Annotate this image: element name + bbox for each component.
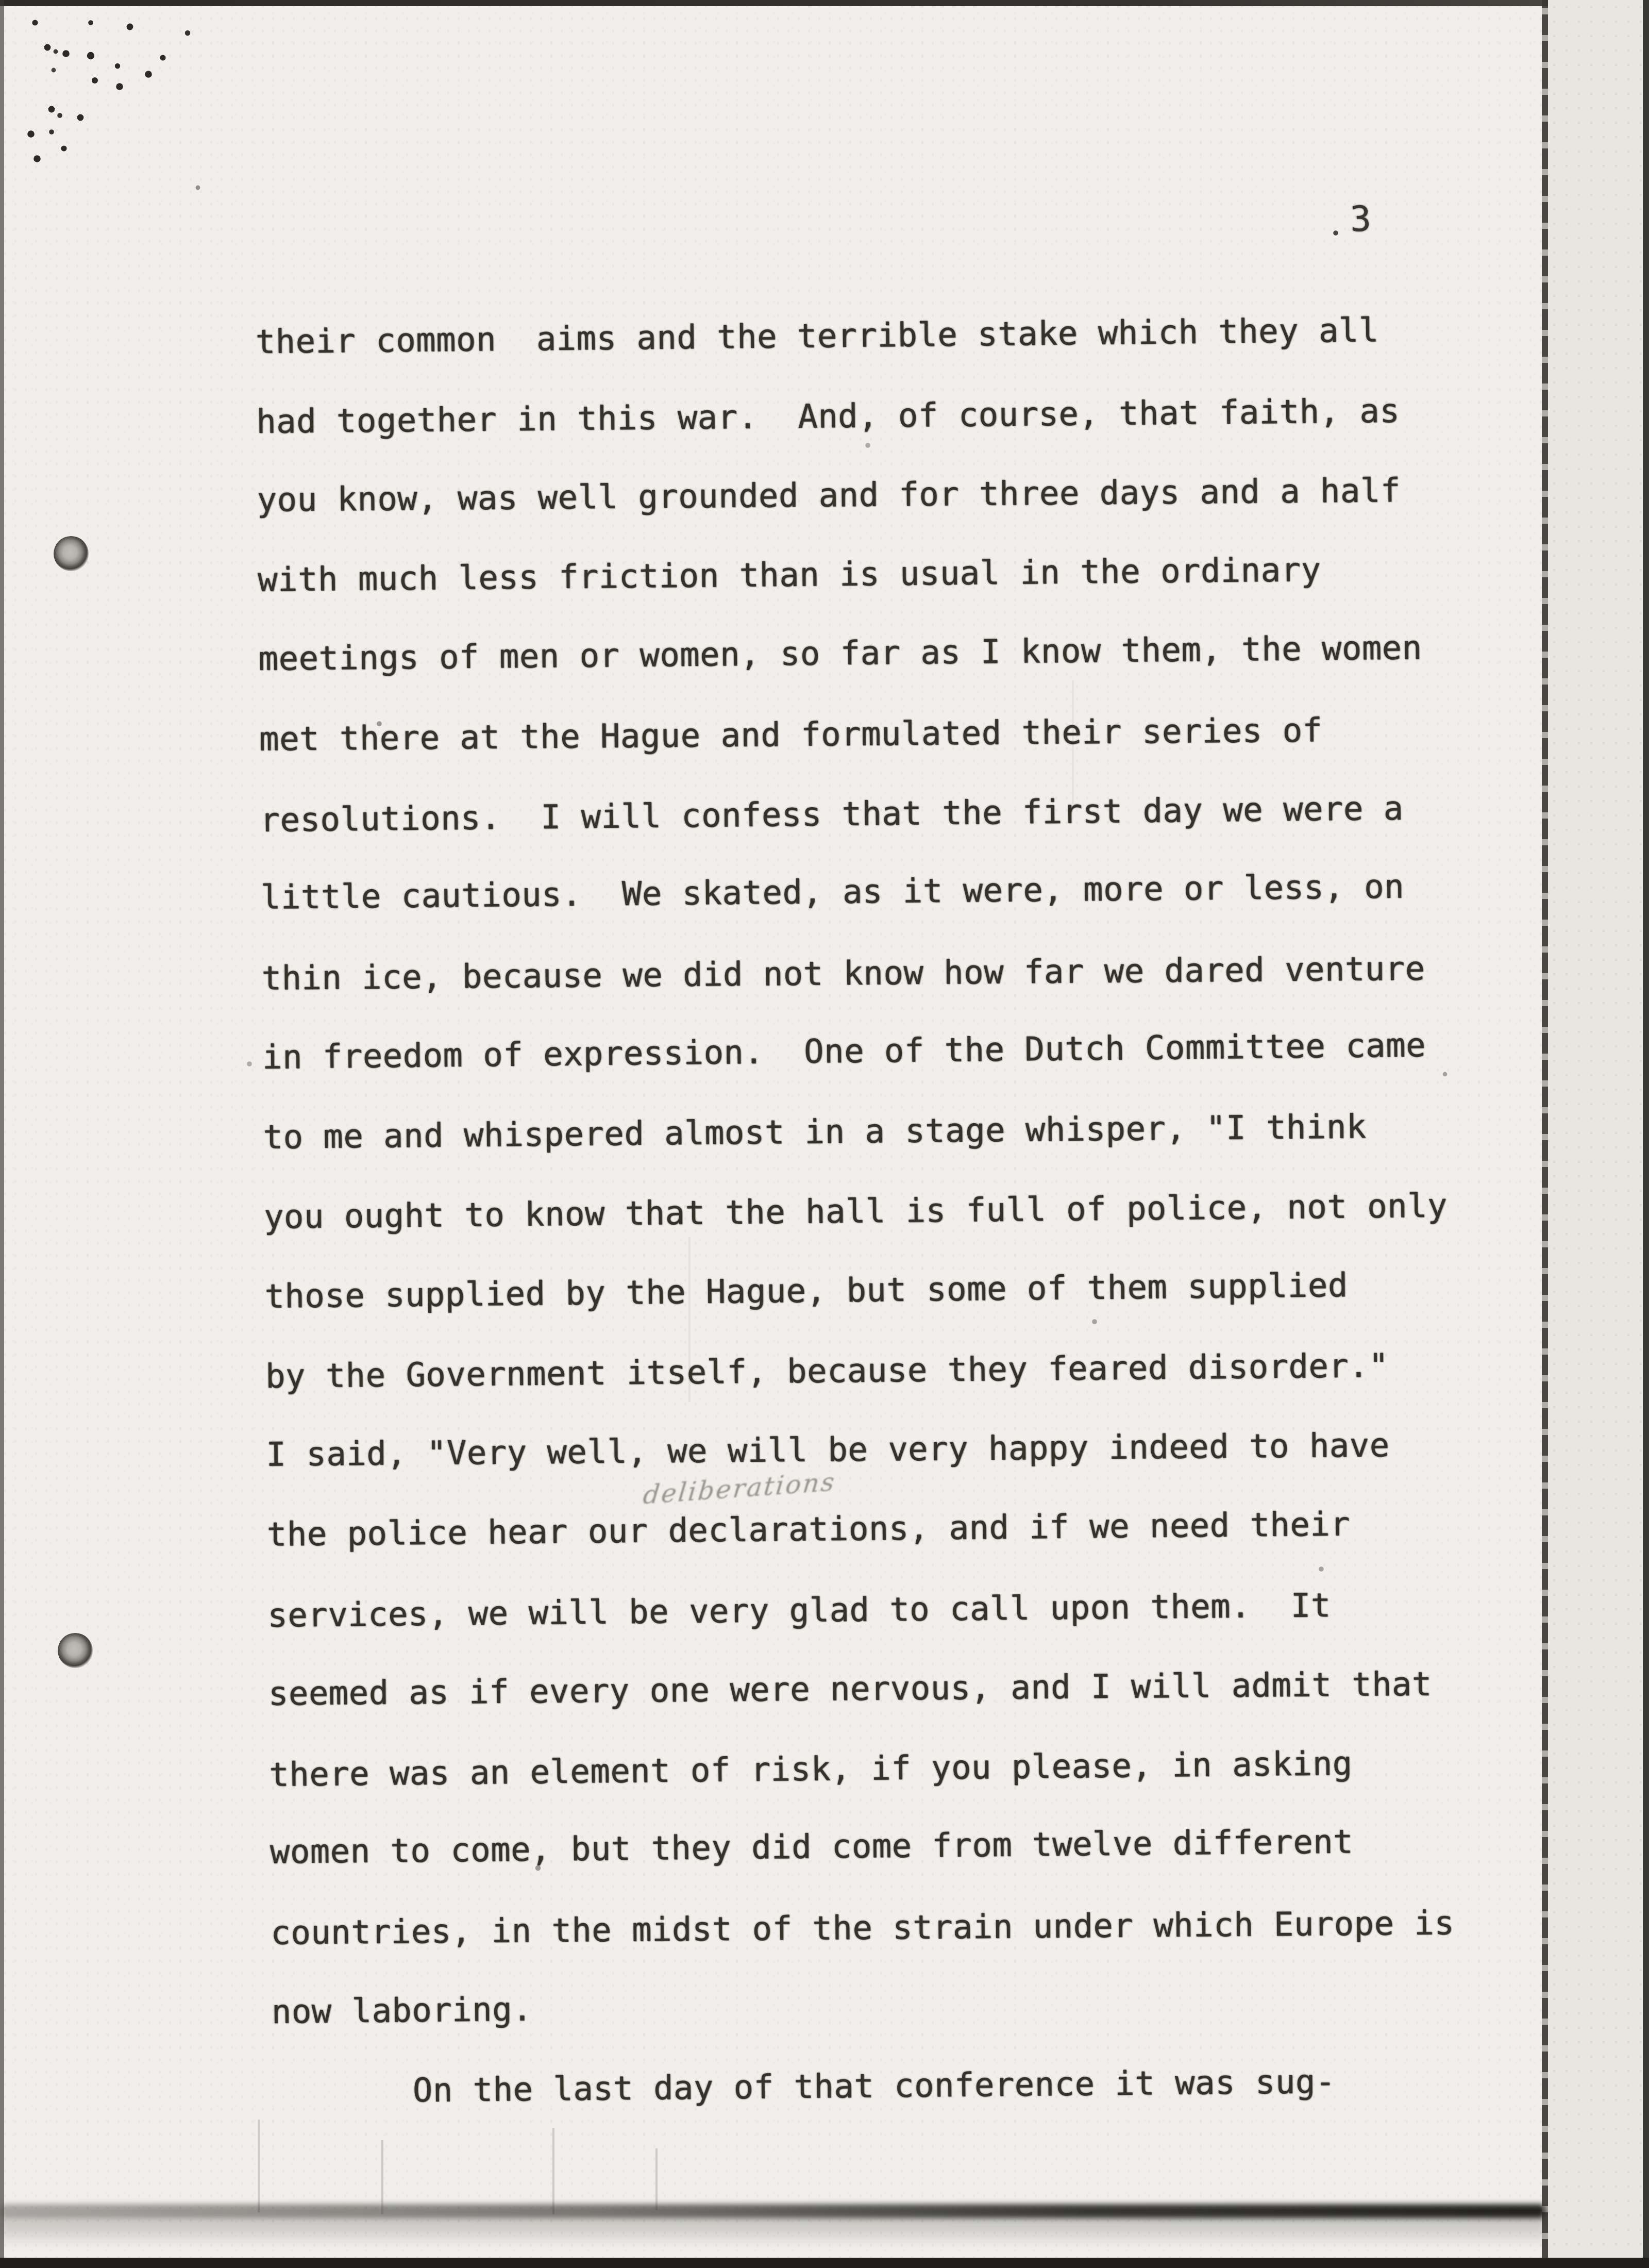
typed-line: I said, "Very well, we will be very happ… (266, 1407, 1472, 1496)
scan-edge-left (0, 0, 4, 2268)
typed-line: by the Government itself, because they f… (265, 1326, 1471, 1417)
typed-line: there was an element of risk, if you ple… (269, 1723, 1475, 1815)
typed-line: seemed as if every one were nervous, and… (268, 1646, 1474, 1736)
typed-line: you know, was well grounded and for thre… (257, 452, 1463, 542)
bottom-smudge-shadow (0, 2219, 1546, 2247)
typed-line: thin ice, because we did not know how fa… (261, 929, 1468, 1019)
typed-line: meetings of men or women, so far as I kn… (258, 610, 1465, 701)
scratch-mark (1072, 680, 1074, 804)
adjacent-page-strip (1548, 0, 1643, 2268)
scan-edge-top (0, 0, 1548, 6)
typed-line: to me and whispered almost in a stage wh… (263, 1087, 1469, 1178)
typed-line: now laboring. (271, 1962, 1477, 2054)
typed-line: in freedom of expression. One of the Dut… (262, 1007, 1468, 1099)
scratch-mark (655, 2148, 658, 2210)
scan-canvas: 3 their common aims and the terrible sta… (0, 0, 1649, 2268)
page-right-torn-edge (1542, 0, 1548, 2268)
typed-line: had together in this war. And, of course… (256, 371, 1462, 462)
typed-line: you ought to know that the hall is full … (263, 1166, 1470, 1257)
page-number: 3 (1350, 199, 1372, 241)
typed-line: those supplied by the Hague, but some of… (264, 1246, 1471, 1338)
typed-line: On the last day of that conference it wa… (272, 2042, 1478, 2133)
typed-line: countries, in the midst of the strain un… (271, 1885, 1477, 1974)
punch-hole-top (54, 536, 89, 571)
scanned-page: 3 their common aims and the terrible sta… (0, 0, 1548, 2268)
bottom-smudge (0, 2204, 1546, 2219)
punch-hole-bottom (58, 1633, 93, 1668)
typed-line: services, we will be very glad to call u… (267, 1565, 1474, 1656)
ink-spatter-flecks (0, 0, 4, 4)
typed-line: women to come, but they did come from tw… (270, 1803, 1476, 1894)
scratch-mark (688, 1237, 691, 1402)
typed-line: resolutions. I will confess that the fir… (260, 769, 1466, 861)
typed-line: met there at the Hague and formulated th… (259, 691, 1465, 780)
typed-line: with much less friction than is usual in… (257, 530, 1463, 621)
typed-line: little cautious. We skated, as it were, … (260, 848, 1467, 939)
typed-line: the police hear our declarations, and if… (266, 1485, 1473, 1576)
scratch-mark (552, 2128, 554, 2214)
scratch-mark (381, 2140, 383, 2214)
scan-edge-bottom (0, 2258, 1649, 2268)
typed-line: their common aims and the terrible stake… (255, 291, 1461, 383)
typed-text-block: their common aims and the terrible stake… (255, 292, 1478, 2133)
scratch-mark (258, 2120, 260, 2212)
scan-edge-right (1643, 0, 1649, 2268)
